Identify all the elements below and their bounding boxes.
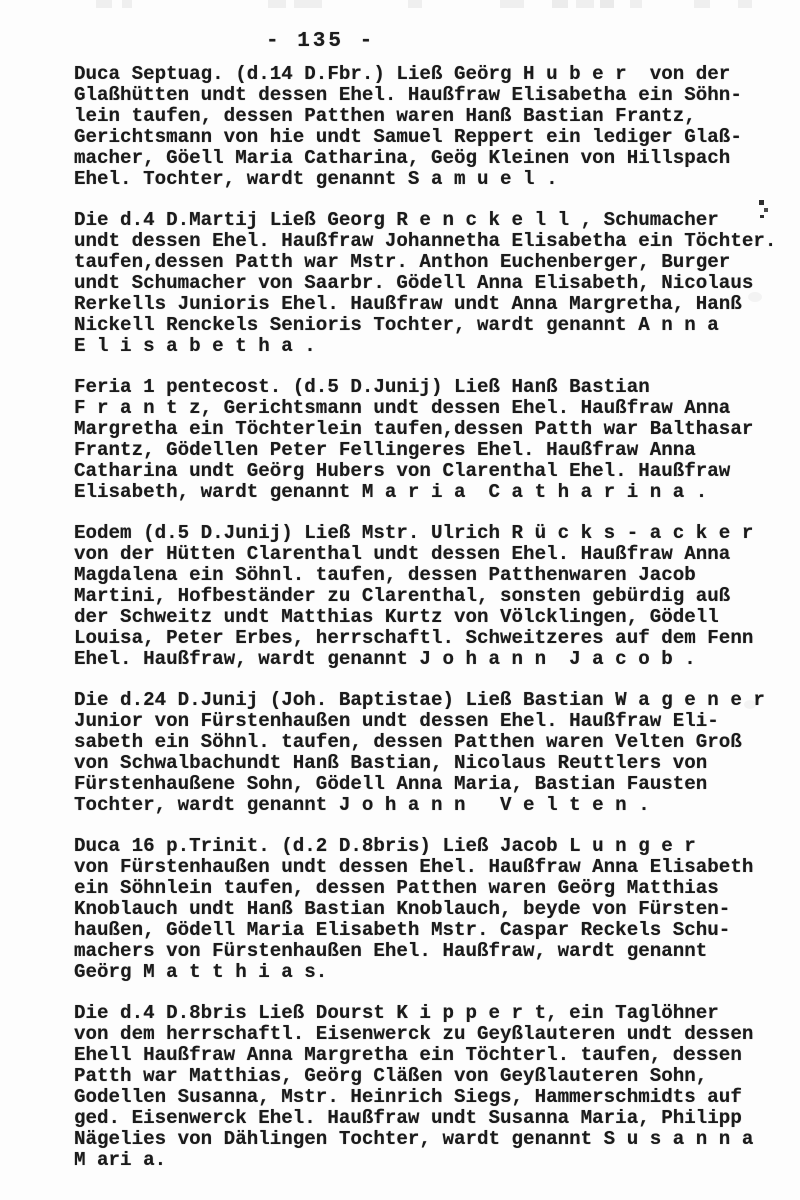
text-line: Godellen Susanna, Mstr. Heinrich Siegs, … <box>74 1087 786 1108</box>
scan-mark <box>500 0 524 8</box>
text-line: Frantz, Gödellen Peter Fellingeres Ehel.… <box>74 440 786 461</box>
text-line: Eodem (d.5 D.Junij) Ließ Mstr. Ulrich R … <box>74 523 786 544</box>
text-line: ged. Eisenwerck Ehel. Haußfraw undt Susa… <box>74 1108 786 1129</box>
text-line: F r a n t z, Gerichtsmann undt dessen Eh… <box>74 398 786 419</box>
text-line: machers von Fürstenhaußen Ehel. Haußfraw… <box>74 941 786 962</box>
text-line: E l i s a b e t h a . <box>74 336 786 357</box>
text-line: Patth war Matthias, Geörg Cläßen von Gey… <box>74 1066 786 1087</box>
text-line: Die d.4 D.Martij Ließ Georg R e n c k e … <box>74 210 786 231</box>
text-line: lein taufen, dessen Patthen waren Hanß B… <box>74 106 786 127</box>
text-line: Glaßhütten undt dessen Ehel. Haußfraw El… <box>74 85 786 106</box>
text-line: von Schwalbachundt Hanß Bastian, Nicolau… <box>74 753 786 774</box>
text-line: von Fürstenhaußen undt dessen Ehel. Hauß… <box>74 857 786 878</box>
text-line: von dem herrschaftl. Eisenwerck zu Geyßl… <box>74 1024 786 1045</box>
text-line: Ehel. Haußfraw, wardt genannt J o h a n … <box>74 649 786 670</box>
text-line: undt Schumacher von Saarbr. Gödell Anna … <box>74 273 786 294</box>
text-line: Knoblauch undt Hanß Bastian Knoblauch, b… <box>74 899 786 920</box>
scan-mark <box>738 0 752 8</box>
text-line: haußen, Gödell Maria Elisabeth Mstr. Cas… <box>74 920 786 941</box>
scan-mark <box>408 0 422 8</box>
text-line: Louisa, Peter Erbes, herrschaftl. Schwei… <box>74 628 786 649</box>
text-line: Die d.24 D.Junij (Joh. Baptistae) Ließ B… <box>74 690 786 711</box>
text-line: Magdalena ein Söhnl. taufen, dessen Patt… <box>74 565 786 586</box>
text-line: Nägelies von Dählingen Tochter, wardt ge… <box>74 1129 786 1150</box>
text-line: Ehel. Tochter, wardt genannt S a m u e l… <box>74 169 786 190</box>
text-line: undt dessen Ehel. Haußfraw Johannetha El… <box>74 231 786 252</box>
text-line: Duca 16 p.Trinit. (d.2 D.8bris) Ließ Jac… <box>74 836 786 857</box>
record-paragraph: Eodem (d.5 D.Junij) Ließ Mstr. Ulrich R … <box>74 523 786 670</box>
record-paragraph: Feria 1 pentecost. (d.5 D.Junij) Ließ Ha… <box>74 377 786 503</box>
text-line: sabeth ein Söhnl. taufen, dessen Patthen… <box>74 732 786 753</box>
text-line: ein Söhnlein taufen, dessen Patthen ware… <box>74 878 786 899</box>
scan-mark <box>630 0 642 8</box>
text-line: macher, Göell Maria Catharina, Geög Klei… <box>74 148 786 169</box>
scan-mark <box>576 0 594 8</box>
record-paragraph: Duca Septuag. (d.14 D.Fbr.) Ließ Geörg H… <box>74 64 786 190</box>
text-line: M ari a. <box>74 1150 786 1171</box>
scan-mark <box>122 0 132 8</box>
text-line: Nickell Renckels Senioris Tochter, wardt… <box>74 315 786 336</box>
text-line: Gerichtsmann von hie undt Samuel Reppert… <box>74 127 786 148</box>
text-line: Margretha ein Töchterlein taufen,dessen … <box>74 419 786 440</box>
text-line: Junior von Fürstenhaußen undt dessen Ehe… <box>74 711 786 732</box>
record-paragraph: Die d.24 D.Junij (Joh. Baptistae) Ließ B… <box>74 690 786 816</box>
text-line: der Schweitz undt Matthias Kurtz von Völ… <box>74 607 786 628</box>
document-page: - 135 - Duca Septuag. (d.14 D.Fbr.) Ließ… <box>0 0 800 1200</box>
text-line: Fürstenhaußene Sohn, Gödell Anna Maria, … <box>74 774 786 795</box>
text-line: Die d.4 D.8bris Ließ Dourst K i p p e r … <box>74 1003 786 1024</box>
text-line: Elisabeth, wardt genannt M a r i a C a t… <box>74 482 786 503</box>
text-line: von der Hütten Clarenthal undt dessen Eh… <box>74 544 786 565</box>
scan-mark <box>600 0 614 8</box>
page-number: - 135 - <box>266 30 375 53</box>
text-line: Martini, Hofbeständer zu Clarenthal, son… <box>74 586 786 607</box>
scan-mark <box>552 0 568 8</box>
record-paragraph: Die d.4 D.Martij Ließ Georg R e n c k e … <box>74 210 786 357</box>
text-line: taufen,dessen Patth war Mstr. Anthon Euc… <box>74 252 786 273</box>
scan-mark <box>694 0 710 8</box>
text-line: Duca Septuag. (d.14 D.Fbr.) Ließ Geörg H… <box>74 64 786 85</box>
text-line: Feria 1 pentecost. (d.5 D.Junij) Ließ Ha… <box>74 377 786 398</box>
record-paragraph: Die d.4 D.8bris Ließ Dourst K i p p e r … <box>74 1003 786 1171</box>
scan-mark <box>96 0 112 8</box>
text-line: Rerkells Junioris Ehel. Haußfraw undt An… <box>74 294 786 315</box>
record-paragraph: Duca 16 p.Trinit. (d.2 D.8bris) Ließ Jac… <box>74 836 786 983</box>
scan-mark <box>294 0 322 8</box>
text-line: Tochter, wardt genannt J o h a n n V e l… <box>74 795 786 816</box>
scan-mark <box>268 0 286 8</box>
text-line: Ehell Haußfraw Anna Margretha ein Töchte… <box>74 1045 786 1066</box>
text-line: Catharina undt Geörg Hubers von Clarenth… <box>74 461 786 482</box>
text-line: Geörg M a t t h i a s. <box>74 962 786 983</box>
document-body: Duca Septuag. (d.14 D.Fbr.) Ließ Geörg H… <box>74 64 786 1191</box>
